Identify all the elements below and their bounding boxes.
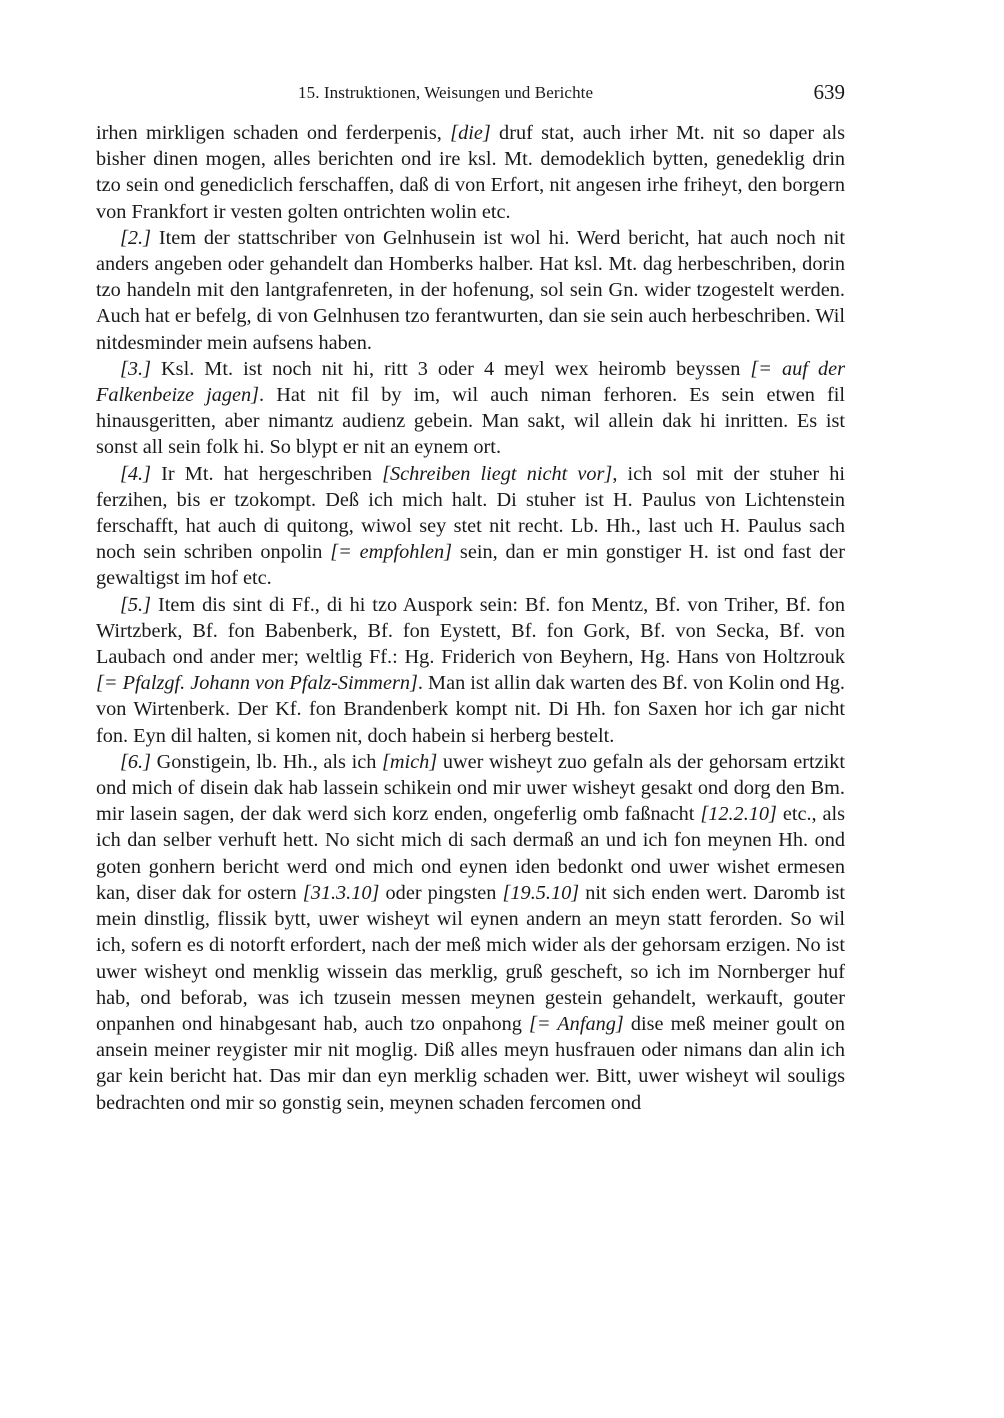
running-title: 15. Instruktionen, Weisungen und Bericht… [298,83,593,103]
paragraph-continuation: irhen mirkligen schaden ond ferderpenis,… [96,120,845,225]
editorial-insertion: [die] [450,122,491,144]
text-segment: Gonstigein, lb. Hh., als ich [151,751,382,773]
text-segment: oder pingsten [379,882,502,904]
paragraph-4: [4.] Ir Mt. hat hergeschriben [Schreiben… [96,461,845,592]
editorial-gloss: [= empfohlen] [330,541,452,563]
paragraph-5: [5.] Item dis sint di Ff., di hi tzo Aus… [96,592,845,749]
editorial-date: [31.3.10] [303,882,380,904]
paragraph-number: [5.] [120,594,151,616]
paragraph-3: [3.] Ksl. Mt. ist noch nit hi, ritt 3 od… [96,356,845,461]
text-segment: Ksl. Mt. ist noch nit hi, ritt 3 oder 4 … [151,358,750,380]
editorial-gloss: [= Pfalzgf. Johann von Pfalz-Simmern] [96,672,418,694]
paragraph-number: [2.] [120,227,151,249]
paragraph-number: [6.] [120,751,151,773]
paragraph-number: [4.] [120,463,151,485]
paragraph-2: [2.] Item der stattschriber von Gelnhuse… [96,225,845,356]
editorial-insertion: [mich] [382,751,437,773]
text-segment: Ir Mt. hat hergeschriben [151,463,382,485]
text-segment: Item der stattschriber von Gelnhusein is… [96,227,845,354]
paragraph-number: [3.] [120,358,151,380]
body-text: irhen mirkligen schaden ond ferderpenis,… [96,120,845,1116]
text-segment: Item dis sint di Ff., di hi tzo Auspork … [96,594,845,668]
editorial-date: [19.5.10] [503,882,580,904]
running-head: 15. Instruktionen, Weisungen und Bericht… [96,80,845,106]
paragraph-6: [6.] Gonstigein, lb. Hh., als ich [mich]… [96,749,845,1116]
page-number: 639 [814,80,846,105]
text-segment: irhen mirkligen schaden ond ferderpenis, [96,122,450,144]
editorial-gloss: [= Anfang] [529,1013,624,1035]
editorial-note: [Schreiben liegt nicht vor] [382,463,612,485]
editorial-date: [12.2.10] [700,803,777,825]
